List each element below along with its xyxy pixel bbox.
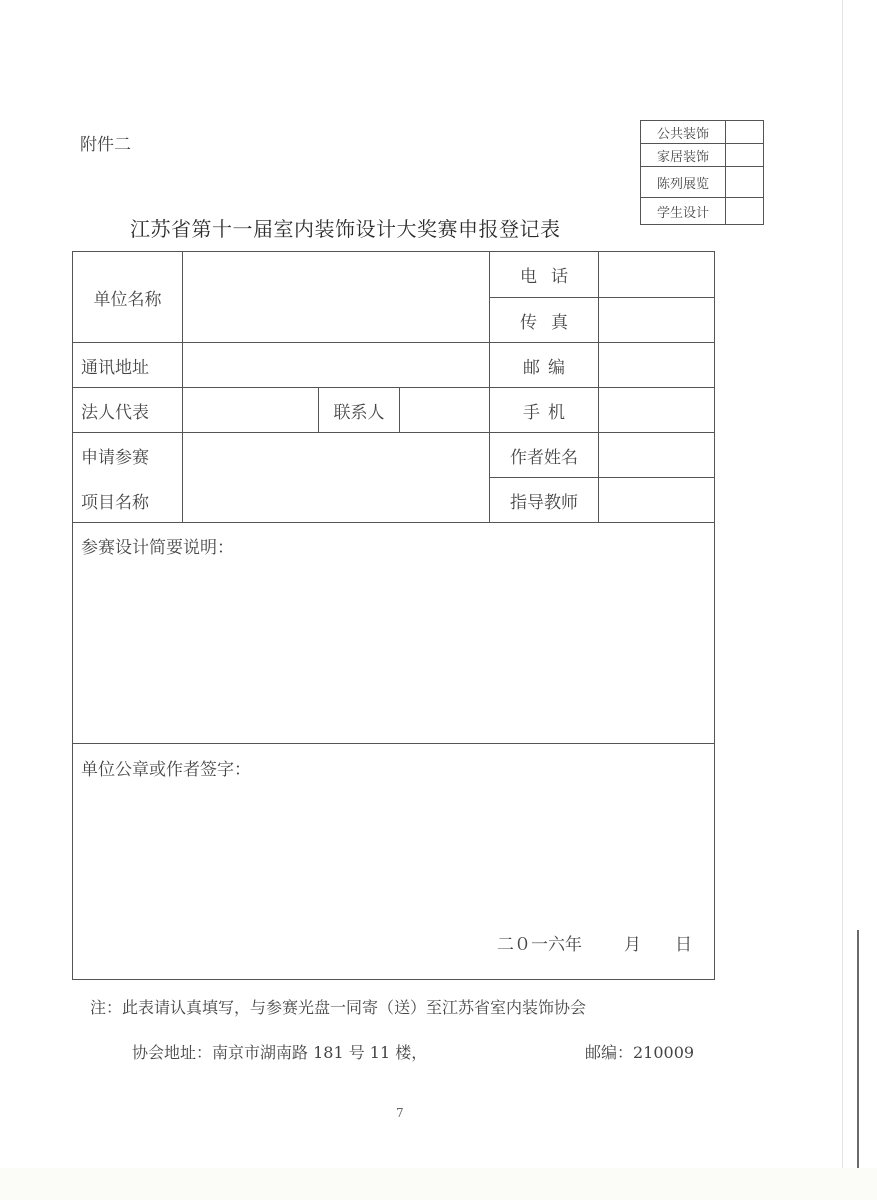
category-checkbox-exhibition[interactable] [726,167,763,197]
category-selector: 公共装饰 家居装饰 陈列展览 学生设计 [640,120,764,225]
category-row-exhibition: 陈列展览 [641,167,763,198]
category-checkbox-public[interactable] [726,121,763,143]
phone-field[interactable] [599,252,715,297]
footer-postcode: 邮编：210009 [585,1040,694,1063]
date-year: 二０一六年 [497,928,582,956]
registration-form: 单位名称 电话 传真 通讯地址 邮编 法人代表 联系人 手机 申请参赛 项目名称… [72,251,715,980]
legal-rep-field[interactable] [183,388,318,432]
description-label: 参赛设计简要说明： [81,530,234,560]
unit-name-label: 单位名称 [73,252,182,342]
signature-field[interactable] [73,784,715,924]
mobile-label: 手机 [490,388,598,432]
instructor-label: 指导教师 [490,478,598,522]
legal-rep-label: 法人代表 [81,388,182,432]
category-label: 家居装饰 [641,144,726,166]
mobile-field[interactable] [599,388,715,432]
project-name-label-line2: 项目名称 [81,478,182,522]
category-checkbox-home[interactable] [726,144,763,166]
page-number: 7 [396,1106,404,1120]
address-label: 通讯地址 [81,343,182,387]
signature-label: 单位公章或作者签字： [81,752,251,782]
unit-name-field[interactable] [183,252,489,342]
fax-label: 传真 [490,298,598,342]
contact-field[interactable] [400,388,489,432]
instructor-field[interactable] [599,478,715,522]
address-field[interactable] [183,343,489,387]
category-label: 公共装饰 [641,121,726,143]
divider [73,743,715,744]
project-name-label-line1: 申请参赛 [81,433,182,477]
date-day: 日 [675,928,692,956]
postcode-label: 邮编 [490,343,598,387]
contact-label: 联系人 [319,388,399,432]
footer-address: 协会地址：南京市湖南路 181 号 11 楼， [132,1040,427,1063]
divider [73,522,715,523]
scan-page-edge-shadow [857,930,859,1170]
category-label: 陈列展览 [641,167,726,197]
postcode-field[interactable] [599,343,715,387]
category-checkbox-student[interactable] [726,198,763,224]
description-field[interactable] [73,562,715,742]
scan-page-edge [842,0,843,1200]
category-row-public: 公共装饰 [641,121,763,144]
attachment-label: 附件二 [80,130,131,155]
footer-note: 注：此表请认真填写，与参赛光盘一同寄（送）至江苏省室内装饰协会 [90,995,586,1018]
category-row-student: 学生设计 [641,198,763,224]
fax-field[interactable] [599,298,715,342]
scan-bottom-margin [0,1168,877,1200]
category-row-home: 家居装饰 [641,144,763,167]
author-name-field[interactable] [599,433,715,477]
category-label: 学生设计 [641,198,726,224]
date-month: 月 [624,928,641,956]
phone-label: 电话 [490,252,598,297]
page-title: 江苏省第十一届室内装饰设计大奖赛申报登记表 [130,213,561,242]
author-name-label: 作者姓名 [490,433,598,477]
project-name-field[interactable] [183,433,489,522]
